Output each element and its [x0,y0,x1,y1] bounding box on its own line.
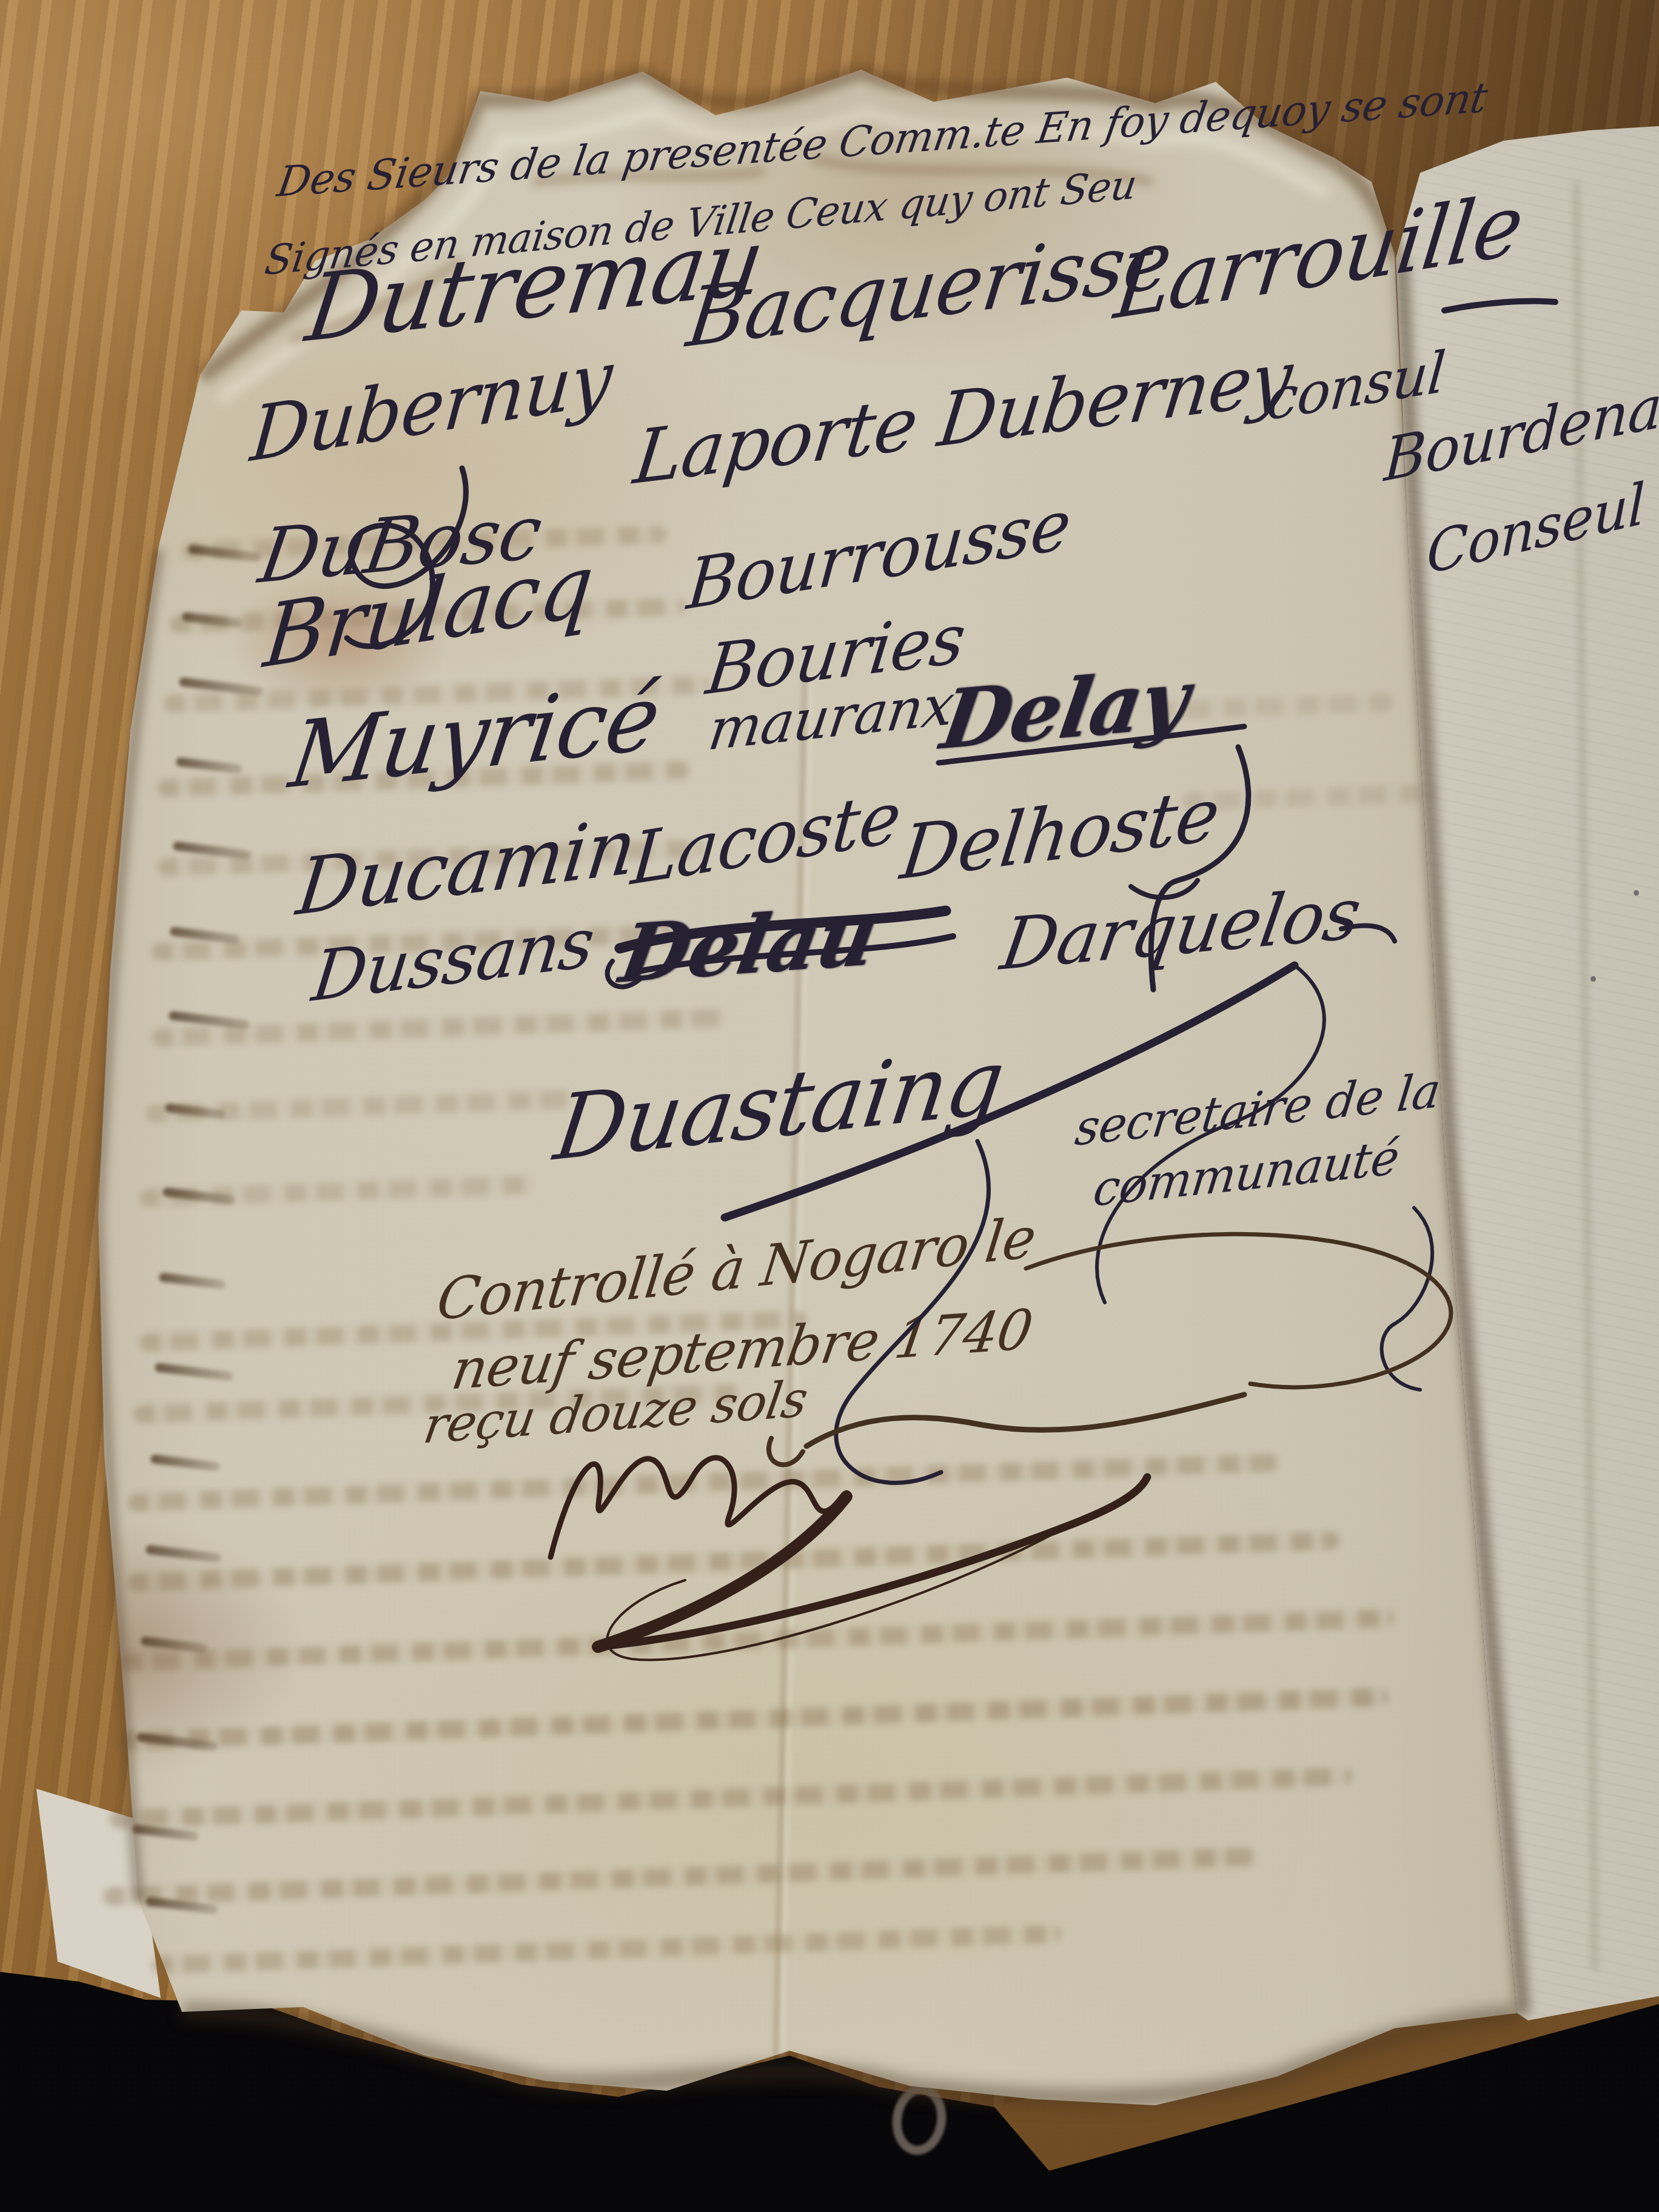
ink-speck [1590,976,1596,982]
ink-speck [1634,890,1639,896]
signature-delau: Delau [614,890,882,1001]
photo-of-manuscript: Des Sieurs de la presentée Comm.te En fo… [0,0,1659,2212]
